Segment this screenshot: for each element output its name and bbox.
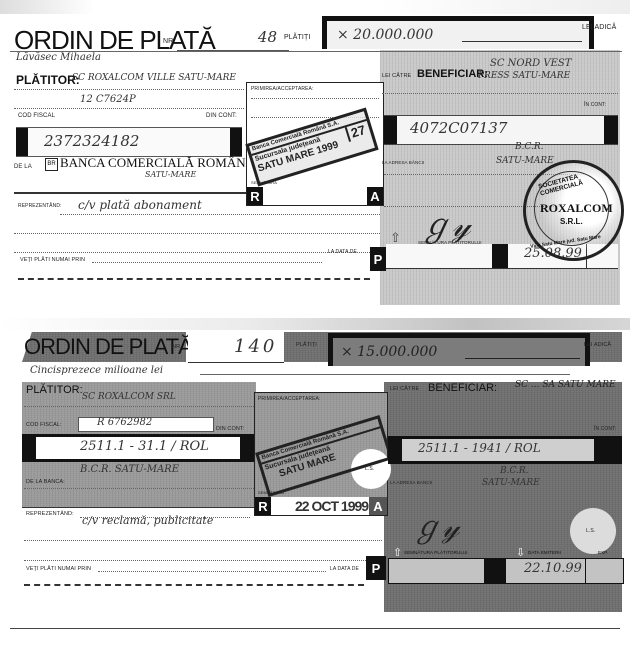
platitor-label: PLĂTITOR: [26, 384, 83, 396]
reprezentand-label: REPREZENTÂND: [26, 511, 74, 517]
reprezentand-value: c/v reclamă, publicitate [82, 514, 213, 527]
amount-field[interactable]: × 15.000.000 [328, 333, 590, 366]
platitor-line2: 12 C7624P [80, 94, 136, 105]
din-cont-value: 2511.1 - 31.1 / ROL [80, 439, 209, 454]
platitor-name: SC ROXALCOM VILLE SATU-MARE [72, 73, 236, 83]
beneficiar-name: SC ... SA SATU MARE [515, 380, 616, 390]
in-cont-label: ÎN CONT: [584, 102, 606, 108]
in-cont-field[interactable]: 4072C07137 [384, 115, 618, 145]
beneficiar-line2: PRESS SATU-MARE [478, 71, 570, 81]
din-cont-field[interactable]: 2511.1 - 31.1 / ROL [22, 434, 256, 462]
cod-fiscal-label: COD FISCAL [18, 113, 55, 119]
acceptance-box: PRIMIREA/ACCEPTAREA: L.S. Banca Comercia… [254, 392, 388, 516]
in-cont-label: ÎN CONT: [594, 426, 616, 432]
ls-circle-2: L.S. [570, 508, 616, 554]
data-emiterii-label: DATA EMITERII [528, 550, 561, 555]
semnatura-label: SEMNĂTURA [258, 490, 284, 495]
nr-value: 140 [234, 336, 277, 357]
bank-city: SATU-MARE [145, 170, 196, 179]
in-cont-value: 2511.1 - 1941 / ROL [418, 441, 541, 455]
amount-value: × 20.000.000 [337, 27, 433, 43]
acceptance-box: PRIMIREA/ACCEPTAREA: Banca Comercială Ro… [246, 82, 384, 206]
exp-label: EXP. [598, 550, 608, 555]
signature-2: ℊ𝓎 [412, 502, 459, 546]
adresa-line1: B.C.R. [500, 466, 529, 476]
la-adresa-label: LA ADRESA BĂNCII [382, 160, 424, 165]
handwritten-subtitle: Cincisprezece milioane lei [30, 365, 163, 376]
bank-value: B.C.R. SATU-MARE [80, 464, 179, 475]
platiti-label: PLĂTIȚI [284, 34, 310, 41]
cod-fiscal-label: COD FISCAL: [26, 422, 62, 428]
a-box: A [367, 187, 383, 205]
la-data-de-label: LA DATA DE [330, 566, 359, 572]
primirea-label: PRIMIREA/ACCEPTAREA: [258, 396, 320, 402]
semnatura-platitor-label: SEMNĂTURA PLĂTITORULUI [404, 550, 468, 555]
in-cont-field[interactable]: 2511.1 - 1941 / ROL [388, 436, 622, 464]
lei-catre-label: LEI CĂTRE [382, 73, 411, 79]
din-cont-field[interactable]: 2372324182 [16, 127, 242, 157]
in-cont-value: 4072C07137 [410, 119, 507, 137]
form-title: ORDIN DE PLATĂ [24, 334, 192, 360]
veti-plati-label: VEȚI PLĂTI NUMAI PRIN [20, 257, 85, 263]
p-box: P [366, 556, 386, 580]
date-row: 22.10.99 [388, 558, 624, 584]
reprezentand-value: c/v plată abonament [78, 198, 202, 212]
beneficiar-name: SC NORD VEST [490, 58, 571, 69]
platiti-label: PLĂTIȚI [296, 342, 317, 348]
data-emiterii: 22.10.99 [524, 561, 582, 576]
cod-fiscal-field[interactable]: R 6762982 [78, 417, 214, 432]
din-cont-label: DIN CONT: [206, 113, 237, 119]
bank-logo: BR [45, 158, 58, 171]
platitor-label: PLĂTITOR: [16, 73, 80, 87]
amount-value: × 15.000.000 [341, 344, 437, 360]
adresa-line1: B.C.R. [515, 142, 544, 152]
primirea-label: PRIMIREA/ACCEPTAREA: [251, 86, 313, 92]
la-adresa-label: LA ADRESA BANCII [390, 480, 432, 485]
nr-value: 48 [258, 28, 277, 46]
adresa-line2: SATU-MARE [482, 478, 540, 488]
nr-label: NR. [163, 38, 175, 45]
a-box: A [369, 497, 387, 515]
payment-order-2: ORDIN DE PLATĂ NR. 140 PLĂTIȚI × 15.000.… [0, 318, 630, 618]
nr-field[interactable]: 48 [177, 26, 289, 51]
bank-stamp: Banca Comercială Română S.A. Sucursala j… [245, 108, 378, 187]
de-la-banca-label: DE LA BANCA: [26, 479, 65, 485]
amount-field[interactable]: × 20.000.000 [322, 16, 594, 49]
p-box: P [370, 247, 386, 271]
company-seal: SOCIETATEA COMERCIALĂ ROXALCOM S.R.L. Vi… [523, 160, 624, 261]
din-cont-value: 2372324182 [44, 132, 139, 150]
din-cont-label: DIN CONT: [216, 426, 244, 432]
nr-label: NR. [172, 344, 182, 350]
nr-field[interactable]: 140 [188, 332, 284, 363]
veti-plati-label: VEȚI PLĂTI NUMAI PRIN [26, 566, 91, 572]
lei-adica-label: LEI ADICĂ [582, 24, 616, 31]
semnatura-label: SEMNĂTURA [251, 180, 277, 185]
reprezentand-label: REPREZENTÂND: [18, 203, 62, 209]
signature-1: ℊ𝓎 [420, 200, 471, 246]
adresa-line2: SATU-MARE [496, 156, 554, 166]
platitor-name: SC ROXALCOM SRL [82, 392, 176, 402]
payment-order-1: ORDIN DE PLATĂ NR. 48 PLĂTIȚI × 20.000.0… [0, 0, 630, 300]
handwritten-subtitle: Lăvăsec Mihaela [16, 52, 101, 63]
date-stamp: 22 OCT 1999 [295, 498, 368, 514]
r-box: R [255, 497, 271, 515]
cod-fiscal-value: R 6762982 [97, 417, 152, 428]
lei-adica-label: LEI ADICĂ [584, 342, 611, 348]
lei-catre-label: LEI CĂTRE [390, 386, 419, 392]
de-la-label: DE LA [14, 164, 32, 170]
beneficiar-label: BENEFICIAR: [428, 382, 497, 394]
r-box: R [247, 187, 263, 205]
la-data-de-label: LA DATA DE [328, 249, 357, 255]
